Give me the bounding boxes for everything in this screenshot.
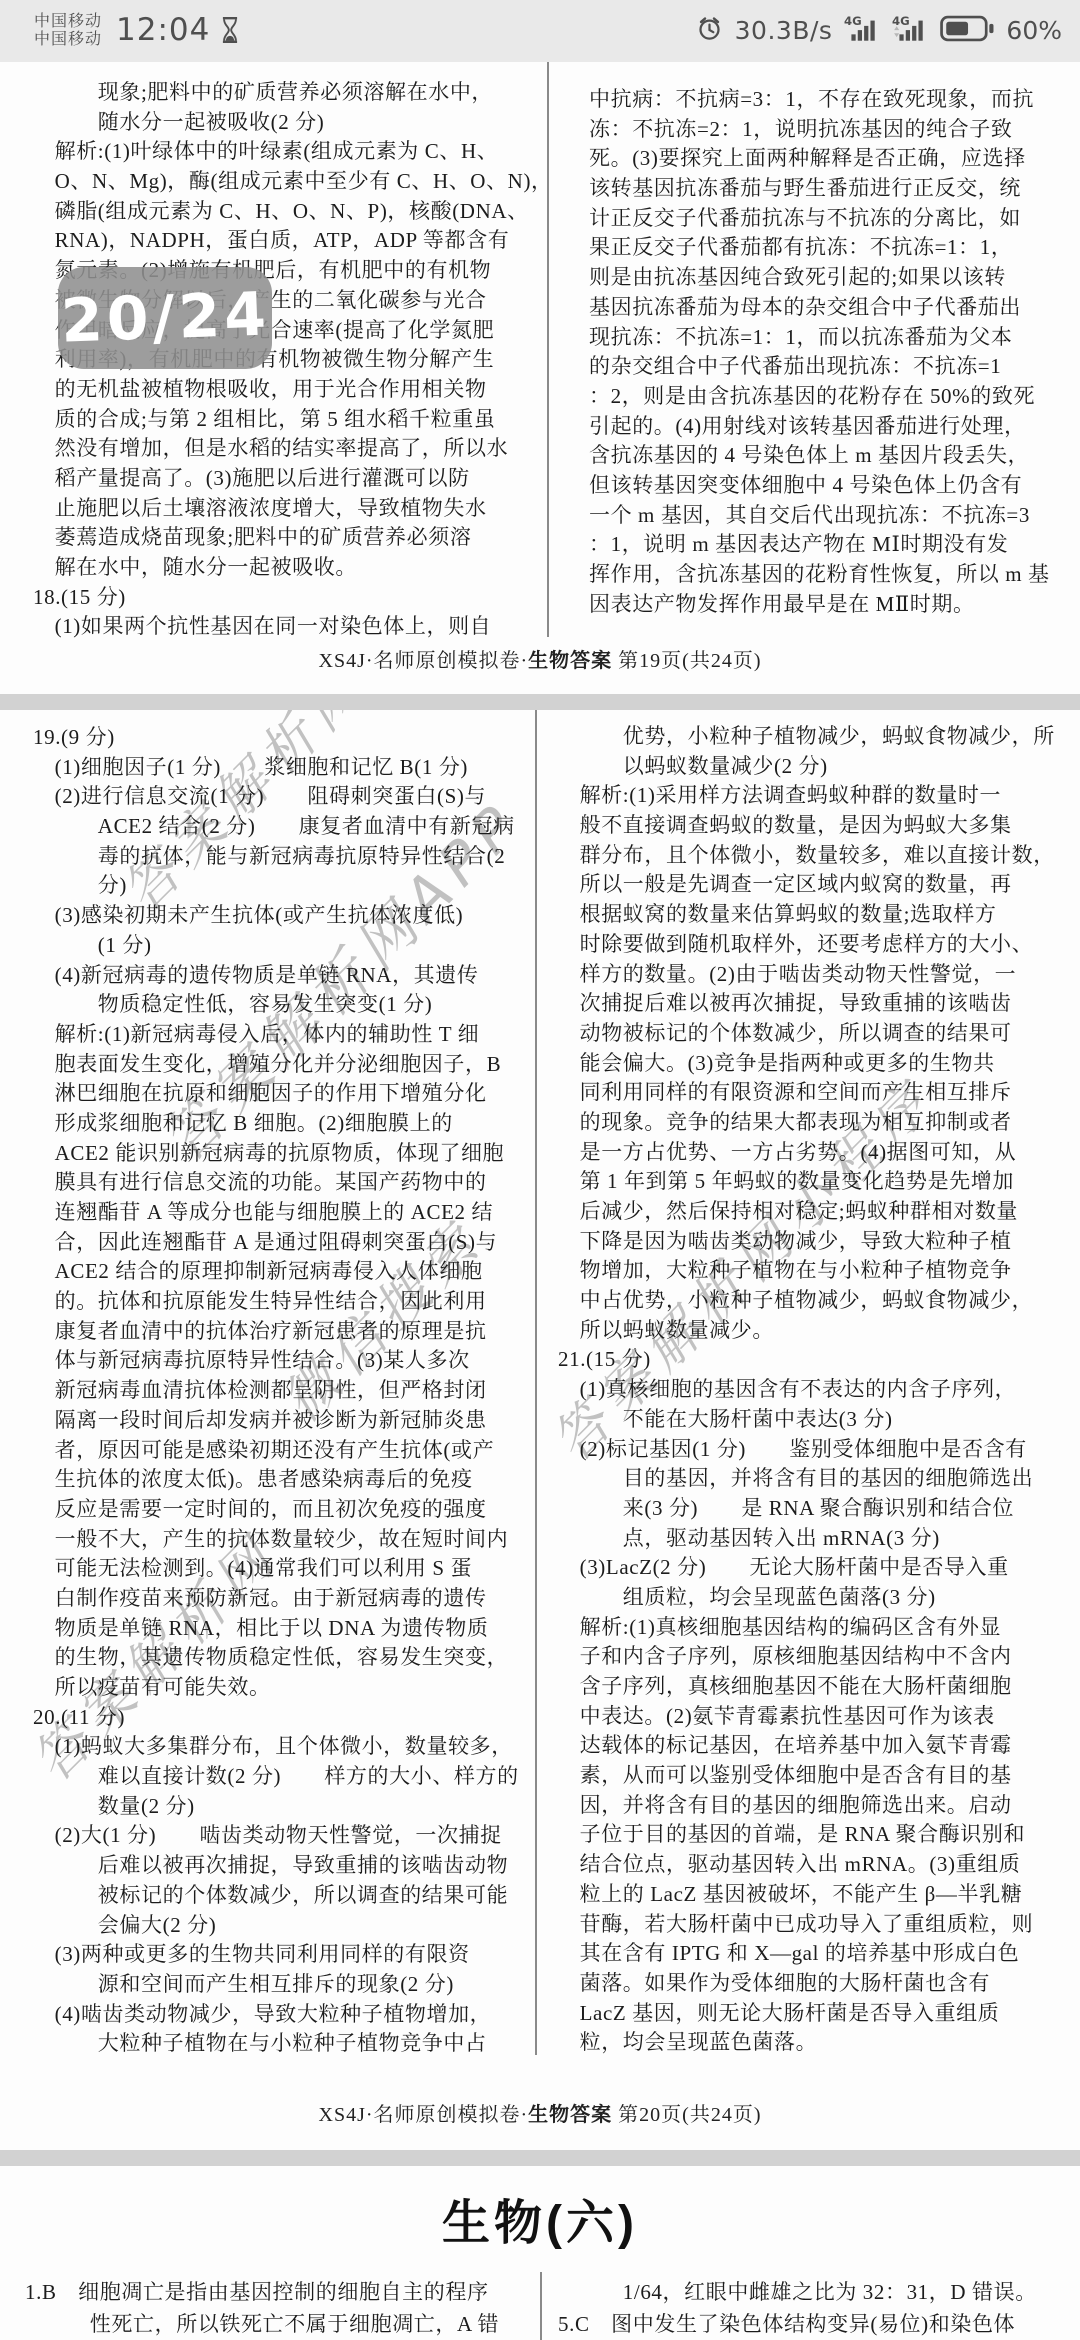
footer-subject: 生物答案 [528,2104,612,2126]
footer-subject: 生物答案 [528,650,612,672]
page19-right-column: 中抗病：不抗病=3：1，不存在致死现象，而抗冻：不抗冻=2：1，说明抗冻基因的纯… [589,85,1059,619]
page20-right-column: 优势，小粒种子植物减少，蚂蚁食物减少，所 以蚂蚁数量减少(2 分) 解析:(1)… [558,722,1068,2058]
page19-footer: XS4J·名师原创模拟卷·生物答案 第19页(共24页) [0,644,1080,673]
document-page-19[interactable]: 现象;肥料中的矿质营养必须溶解在水中， 随水分一起被吸收(2 分) 解析:(1)… [0,62,1080,694]
status-right-cluster: 30.3B/s 4G 4G [696,14,1062,46]
page-gap [0,694,1080,710]
hourglass-icon [220,17,240,43]
column-divider [535,710,537,2055]
status-time: 12:04 [116,12,210,48]
page-indicator-text: 20/24 [59,279,270,356]
carrier-sim2: 中国移动 [34,30,102,48]
phone-screen: 中国移动 中国移动 12:04 30.3B/s 4G [0,0,1080,2340]
page20-footer: XS4J·名师原创模拟卷·生物答案 第20页(共24页) [0,2098,1080,2127]
svg-text:4G: 4G [844,14,862,28]
page-indicator-badge: 20/24 [58,267,272,369]
footer-series: XS4J·名师原创模拟卷· [319,2104,529,2126]
page-gap [0,2150,1080,2166]
footer-page-number: 第19页(共24页) [612,650,761,672]
carrier-sim1: 中国移动 [34,12,102,30]
svg-text:4G: 4G [892,14,910,28]
column-divider [540,2272,542,2340]
footer-page-number: 第20页(共24页) [612,2104,761,2126]
section-title: 生物(六) [0,2184,1080,2253]
bio6-right-column: 1/64，红眼中雌雄之比为 32：31，D 错误。5.C 图中发生了染色体结构变… [558,2276,1073,2340]
sim1-signal-icon: 4G [844,14,880,46]
network-speed: 30.3B/s [735,16,833,45]
column-divider [547,62,549,637]
document-page-21[interactable]: 生物(六) 1.B 细胞凋亡是指由基因控制的细胞自主的程序 性死亡，所以铁死亡不… [0,2166,1080,2340]
battery-percent: 60% [1006,16,1062,45]
footer-series: XS4J·名师原创模拟卷· [319,650,529,672]
page20-left-column: 19.(9 分) (1)细胞因子(1 分) 浆细胞和记忆 B(1 分) (2)进… [33,723,533,2059]
status-bar: 中国移动 中国移动 12:04 30.3B/s 4G [0,0,1080,60]
carrier-labels: 中国移动 中国移动 [34,12,102,48]
battery-icon [940,15,994,46]
sim2-signal-icon: 4G [892,14,928,46]
bio6-left-column: 1.B 细胞凋亡是指由基因控制的细胞自主的程序 性死亡，所以铁死亡不属于细胞凋亡… [25,2276,535,2340]
document-page-20[interactable]: 答案解析网答案解析网APP微信搜索答案解析网小程序答案解析网 19.(9 分) … [0,710,1080,2150]
alarm-clock-icon [696,15,723,46]
